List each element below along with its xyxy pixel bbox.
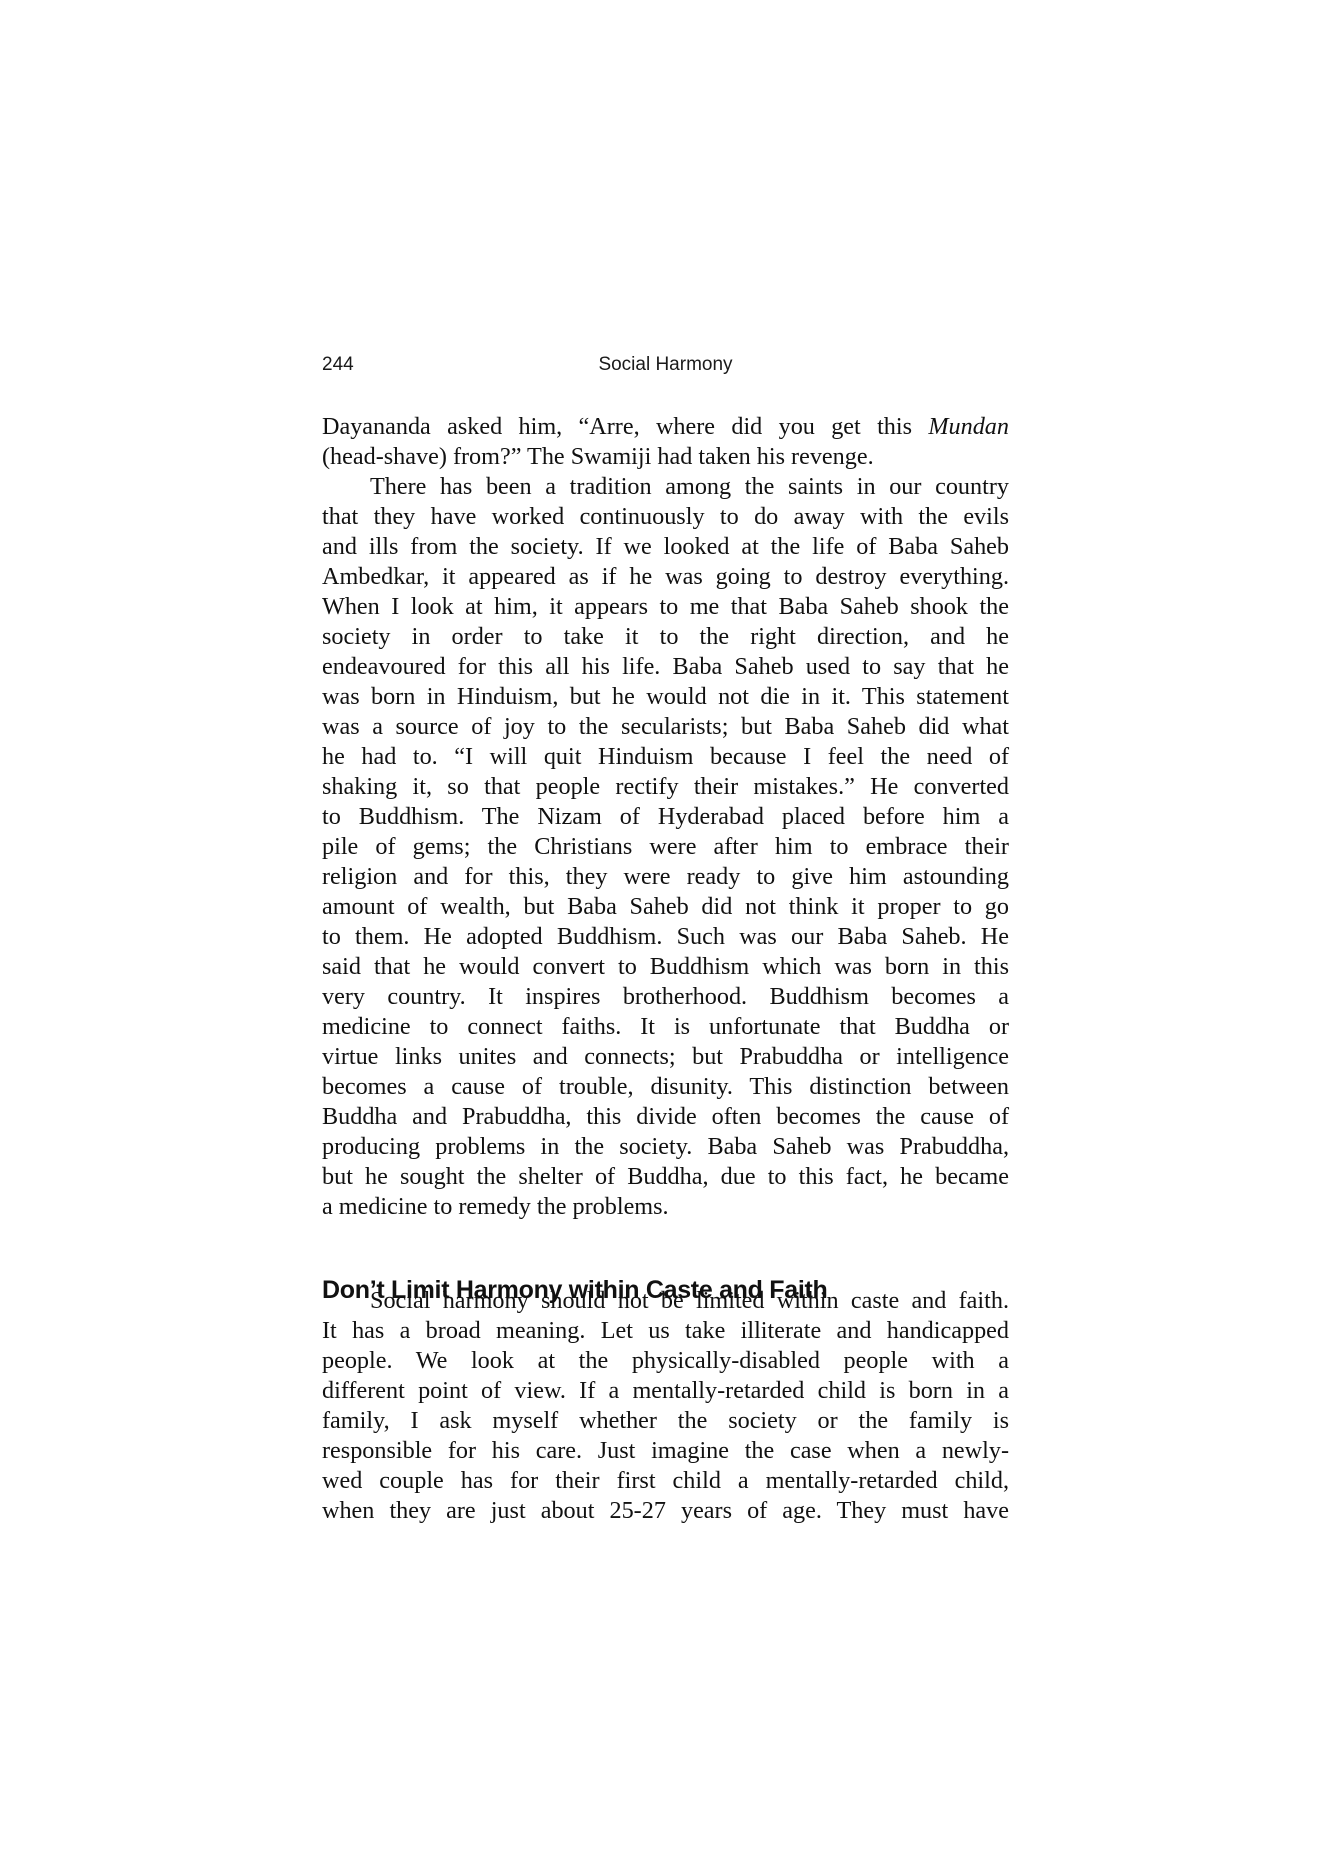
text-line: pile of gems; the Christians were after … [322,832,1009,862]
text-line: Ambedkar, it appeared as if he was going… [322,562,1009,592]
running-header: 244 Social Harmony [322,354,1009,382]
text-line: responsible for his care. Just imagine t… [322,1436,1009,1466]
text-line: said that he would convert to Buddhism w… [322,952,1009,982]
text-line: different point of view. If a mentally-r… [322,1376,1009,1406]
text-line: becomes a cause of trouble, disunity. Th… [322,1072,1009,1102]
text-line: a medicine to remedy the problems. [322,1192,1009,1222]
text-line: he had to. “I will quit Hinduism because… [322,742,1009,772]
text-line: religion and for this, they were ready t… [322,862,1009,892]
text-line: shaking it, so that people rectify their… [322,772,1009,802]
body-text-block: Dayananda asked him, “Arre, where did yo… [322,412,1009,1222]
text-line: Dayananda asked him, “Arre, where did yo… [322,412,1009,442]
text-line: virtue links unites and connects; but Pr… [322,1042,1009,1072]
text-line: endeavoured for this all his life. Baba … [322,652,1009,682]
text-line: There has been a tradition among the sai… [322,472,1009,502]
text-line: (head-shave) from?” The Swamiji had take… [322,442,1009,472]
italic-term: Mundan [928,413,1009,440]
text-line: and ills from the society. If we looked … [322,532,1009,562]
text-line: was born in Hinduism, but he would not d… [322,682,1009,712]
text-line: that they have worked continuously to do… [322,502,1009,532]
text-line: to Buddhism. The Nizam of Hyderabad plac… [322,802,1009,832]
text-line: society in order to take it to the right… [322,622,1009,652]
running-title: Social Harmony [322,354,1009,376]
text-line: people. We look at the physically-disabl… [322,1346,1009,1376]
text-line: when they are just about 25-27 years of … [322,1496,1009,1526]
text-line: When I look at him, it appears to me tha… [322,592,1009,622]
text-line: to them. He adopted Buddhism. Such was o… [322,922,1009,952]
text-line: producing problems in the society. Baba … [322,1132,1009,1162]
text-line: wed couple has for their first child a m… [322,1466,1009,1496]
text-line: family, I ask myself whether the society… [322,1406,1009,1436]
text-line: very country. It inspires brotherhood. B… [322,982,1009,1012]
book-page: 244 Social Harmony Dayananda asked him, … [0,0,1323,1872]
section-body-text: Social harmony should not be limited wit… [322,1286,1009,1526]
text-line: medicine to connect faiths. It is unfort… [322,1012,1009,1042]
text-line: amount of wealth, but Baba Saheb did not… [322,892,1009,922]
text-line: Social harmony should not be limited wit… [322,1286,1009,1316]
text-line: was a source of joy to the secularists; … [322,712,1009,742]
text-line: but he sought the shelter of Buddha, due… [322,1162,1009,1192]
text-line: Buddha and Prabuddha, this divide often … [322,1102,1009,1132]
text-line: It has a broad meaning. Let us take illi… [322,1316,1009,1346]
